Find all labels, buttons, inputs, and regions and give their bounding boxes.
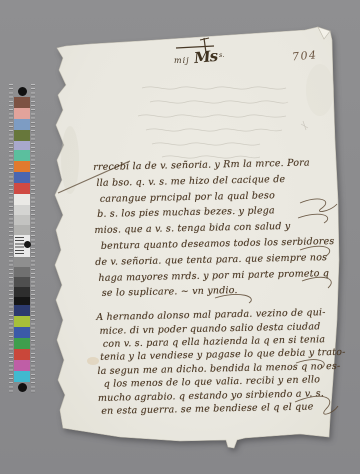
patch-blue [14,327,30,338]
scale-ticks-right [31,84,35,395]
registration-dot-bottom [18,383,27,392]
patch-cyan [14,371,30,382]
patch-royal-blue [14,172,30,183]
manuscript-text: rrecebi la de v. señoria. y Rm la mrce. … [93,155,346,419]
invocation-monogram: Ms [193,47,218,67]
patch-gray-40 [14,267,30,277]
patch-pink [14,108,30,119]
patch-black [14,297,30,305]
patch-white [14,194,30,205]
patch-yellow-green [14,316,30,327]
patch-teal [14,150,30,161]
registration-dot-bottom [14,382,30,393]
patch-red-2 [14,349,30,360]
patch-light-blue [14,119,30,130]
manuscript-paragraph: A hernando alonso mal parada. vezino de … [96,306,346,418]
patch-green [14,338,30,349]
patch-gray-30 [14,277,30,287]
scale-label-dot [24,241,31,248]
paper-stain [61,126,79,194]
paper-stain [306,64,334,116]
scale-label [14,235,30,257]
patch-gray-70 [14,225,30,235]
patch-navy [14,305,30,316]
invocation-superscript: s. [219,51,224,59]
manuscript-paragraph: rrecebi la de v. señoria. y Rm la mrce. … [93,155,344,302]
invocation-word: mij [174,56,190,65]
color-calibration-scale [14,86,30,393]
patch-lavender [14,141,30,150]
patch-brown [14,97,30,108]
patch-gray-50 [14,257,30,267]
patch-olive [14,130,30,141]
patch-gray-80 [14,215,30,225]
color-scale-patches [14,86,30,393]
manuscript-photograph: 704 mij Ms s. rrecebi la de v. señoria. … [0,0,360,474]
patch-gray-20 [14,287,30,297]
registration-dot-top [18,87,27,96]
patch-gray-90 [14,205,30,215]
patch-magenta [14,360,30,371]
patch-red [14,183,30,194]
registration-dot-top [14,86,30,97]
patch-orange [14,161,30,172]
scale-ticks-left [9,84,13,395]
